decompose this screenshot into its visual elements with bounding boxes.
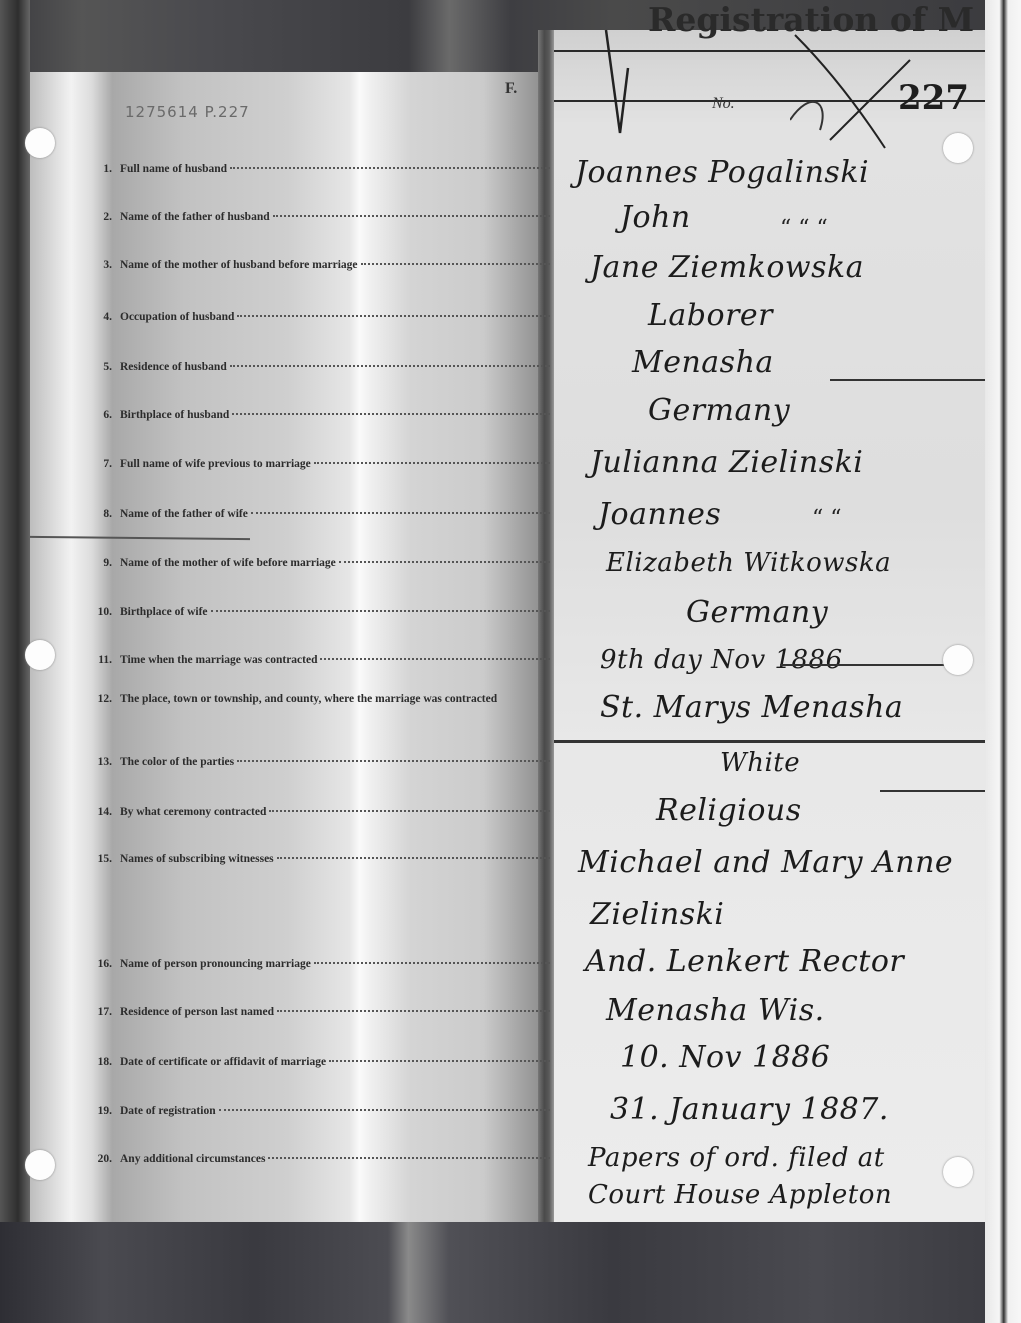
field-16-answer: And. Lenkert Rector: [585, 944, 904, 979]
field-20-answer-line-2: Court House Appleton: [588, 1180, 892, 1210]
field-4-answer: Laborer: [648, 298, 773, 333]
field-2-label: 2.Name of the father of husband: [90, 211, 550, 223]
checkmark-icon: [604, 28, 634, 138]
field-20-answer-line-1: Papers of ord. filed at: [588, 1143, 885, 1173]
scanner-edge-right: [985, 0, 1021, 1323]
punch-hole: [943, 645, 973, 675]
field-8-ditto: “ “: [812, 506, 842, 531]
field-20-label: 20.Any additional circumstances: [90, 1153, 550, 1165]
page-divider: [538, 30, 554, 1222]
punch-hole: [25, 1150, 55, 1180]
cross-mark-icon: [790, 30, 920, 150]
field-9-label: 9.Name of the mother of wife before marr…: [90, 557, 550, 569]
field-19-label: 19.Date of registration: [90, 1105, 550, 1117]
punch-hole: [25, 640, 55, 670]
field-10-answer: Germany: [686, 595, 828, 630]
field-7-answer: Julianna Zielinski: [590, 445, 863, 480]
field-19-answer: 31. January 1887.: [610, 1092, 889, 1127]
form-labels-page: [30, 72, 545, 1222]
field-7-label: 7.Full name of wife previous to marriage: [90, 458, 550, 470]
field-3-answer: Jane Ziemkowska: [590, 250, 864, 285]
field-16-label: 16.Name of person pronouncing marriage: [90, 958, 550, 970]
field-18-label: 18.Date of certificate or affidavit of m…: [90, 1056, 550, 1068]
rule-line: [780, 664, 945, 666]
field-17-label: 17.Residence of person last named: [90, 1006, 550, 1018]
field-14-label: 14.By what ceremony contracted: [90, 806, 550, 818]
rule-line: [880, 790, 985, 792]
field-15-answer-line-2: Zielinski: [590, 897, 724, 932]
field-2-ditto: “ “ “: [780, 216, 828, 241]
field-15-label: 15.Names of subscribing witnesses: [90, 853, 550, 865]
field-12-answer: St. Marys Menasha: [600, 690, 903, 725]
field-14-answer: Religious: [656, 793, 802, 828]
punch-hole: [943, 133, 973, 163]
field-9-answer: Elizabeth Witkowska: [606, 548, 891, 578]
field-1-label: 1.Full name of husband: [90, 163, 550, 175]
field-12-label: 12.The place, town or township, and coun…: [90, 693, 550, 705]
rule-line: [554, 740, 985, 743]
number-label: No.: [712, 95, 735, 113]
field-5-label: 5.Residence of husband: [90, 361, 550, 373]
field-11-label: 11.Time when the marriage was contracted: [90, 654, 550, 666]
field-11-answer: 9th day Nov 1886: [600, 645, 843, 675]
field-3-label: 3.Name of the mother of husband before m…: [90, 259, 550, 271]
rule-line: [830, 379, 985, 381]
field-2-answer: John: [620, 200, 691, 235]
field-10-label: 10.Birthplace of wife: [90, 606, 550, 618]
field-6-label: 6.Birthplace of husband: [90, 409, 550, 421]
field-13-label: 13.The color of the parties: [90, 756, 550, 768]
field-13-answer: White: [720, 748, 800, 778]
field-5-answer: Menasha: [632, 345, 774, 380]
catalog-note: 1275614 P.227: [125, 103, 250, 121]
field-8-label: 8.Name of the father of wife: [90, 508, 550, 520]
field-6-answer: Germany: [648, 393, 790, 428]
punch-hole: [25, 128, 55, 158]
field-18-answer: 10. Nov 1886: [620, 1040, 830, 1075]
field-8-answer: Joannes: [598, 497, 721, 532]
field-4-label: 4.Occupation of husband: [90, 311, 550, 323]
field-17-answer: Menasha Wis.: [606, 993, 825, 1028]
field-1-answer: Joannes Pogalinski: [575, 155, 869, 190]
corner-mark: F.: [505, 80, 517, 98]
scanner-background-bottom: [0, 1222, 1021, 1323]
punch-hole: [943, 1157, 973, 1187]
field-15-answer-line-1: Michael and Mary Anne: [578, 845, 953, 880]
